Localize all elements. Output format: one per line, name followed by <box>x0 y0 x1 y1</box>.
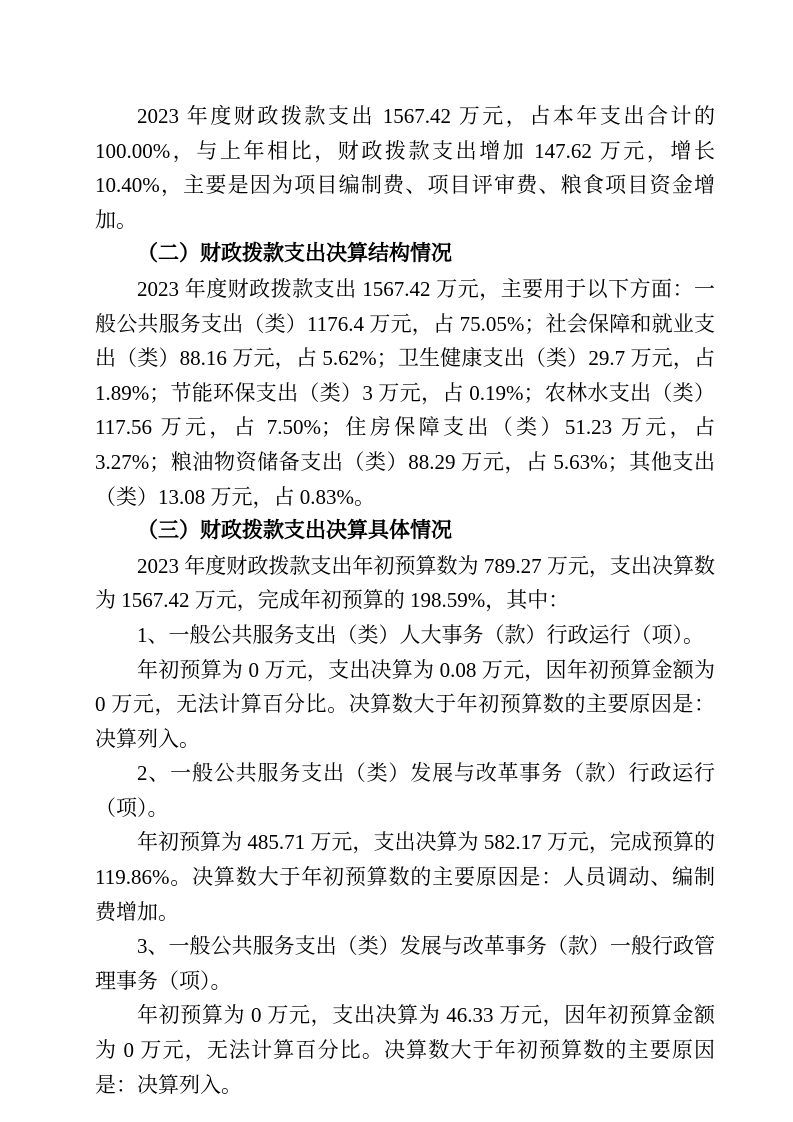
paragraph: 年初预算为 485.71 万元，支出决算为 582.17 万元，完成预算的 11… <box>95 825 715 929</box>
document-page: 2023 年度财政拨款支出 1567.42 万元，占本年支出合计的 100.00… <box>0 0 793 1122</box>
paragraph: 年初预算为 0 万元，支出决算为 46.33 万元，因年初预算金额为 0 万元，… <box>95 998 715 1102</box>
paragraph: 3、一般公共服务支出（类）发展与改革事务（款）一般行政管理事务（项）。 <box>95 929 715 998</box>
section-heading: （二）财政拨款支出决算结构情况 <box>95 237 715 272</box>
paragraph: 年初预算为 0 万元，支出决算为 0.08 万元，因年初预算金额为 0 万元，无… <box>95 653 715 757</box>
document-body: 2023 年度财政拨款支出 1567.42 万元，占本年支出合计的 100.00… <box>95 99 715 1102</box>
paragraph: 1、一般公共服务支出（类）人大事务（款）行政运行（项）。 <box>95 618 715 653</box>
paragraph: 2023 年度财政拨款支出年初预算数为 789.27 万元，支出决算数为 156… <box>95 549 715 618</box>
section-heading: （三）财政拨款支出决算具体情况 <box>95 514 715 549</box>
paragraph: 2、一般公共服务支出（类）发展与改革事务（款）行政运行（项）。 <box>95 756 715 825</box>
paragraph: 2023 年度财政拨款支出 1567.42 万元，占本年支出合计的 100.00… <box>95 99 715 237</box>
paragraph: 2023 年度财政拨款支出 1567.42 万元，主要用于以下方面：一般公共服务… <box>95 272 715 514</box>
